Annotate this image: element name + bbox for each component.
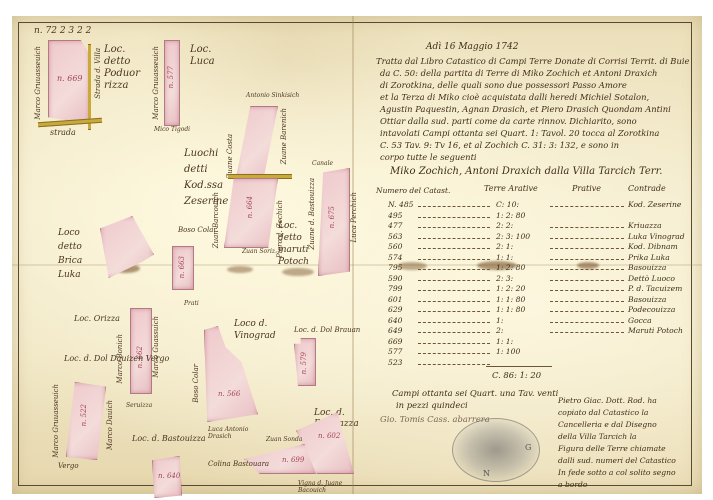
- leader-dash: [550, 227, 624, 228]
- locality-label: Vergo: [58, 462, 79, 470]
- leader-dash: [418, 238, 490, 239]
- leader-dash: [550, 206, 624, 207]
- cell-number: 477: [388, 221, 403, 230]
- parcel-number: n. 675: [328, 206, 336, 228]
- locality-label: Loc. Luca: [190, 44, 224, 68]
- text-line: et la Terza di Miko cioè acquistata dall…: [380, 92, 649, 102]
- leader-dash: [418, 332, 490, 333]
- leader-dash: [550, 259, 624, 260]
- footer-right-line: Figura delle Terre chiamate: [558, 444, 666, 453]
- cell-arative: 1: 1:: [496, 337, 513, 346]
- locality-label: Loc. detto maruti Potoch: [278, 220, 318, 268]
- footer-right-line: dalli sud. numeri del Catastico: [558, 456, 676, 465]
- leader-dash: [550, 311, 624, 312]
- owner-label: Zuane Barenich: [280, 108, 288, 164]
- leader-dash: [550, 301, 624, 302]
- footer-right-line: copiato dal Catastico la: [558, 408, 648, 417]
- cell-number: 799: [388, 284, 403, 293]
- leader-dash: [418, 217, 490, 218]
- cell-arative: 2: 3:: [496, 274, 513, 283]
- column-header-contrade: Contrade: [628, 184, 666, 193]
- locality-label: Loc. Orizza: [74, 314, 120, 323]
- locality-label: Loc. d. Dol Dauizen Vergo: [64, 354, 169, 363]
- cell-arative: 1: 2: 80: [496, 263, 525, 272]
- parcel-number: n. 663: [178, 256, 186, 278]
- cell-arative: 1: 1:: [496, 253, 513, 262]
- cell-contrada: Dettò Luoco: [628, 274, 675, 283]
- meadow-label: Prati: [184, 300, 199, 307]
- parcel-number: n. 602: [318, 432, 340, 440]
- stain: [282, 268, 314, 276]
- leader-dash: [550, 280, 624, 281]
- parcel-number: n. 579: [300, 352, 308, 374]
- leader-dash: [418, 322, 490, 323]
- cell-number: 574: [388, 253, 403, 262]
- owner-label: Marco Gruuasseuich: [152, 46, 160, 120]
- leader-dash: [418, 248, 490, 249]
- text-line: Ottiar dalla sud. parti come da carte ri…: [380, 116, 637, 126]
- leader-dash: [418, 364, 490, 365]
- owner-label: Antonio Sinkisich: [246, 92, 299, 99]
- cell-arative: 1: 2: 20: [496, 284, 525, 293]
- cell-contrada: Maruti Potoch: [628, 326, 683, 335]
- footer-left-line: in pezzi quindeci: [396, 400, 468, 410]
- leader-dash: [550, 248, 624, 249]
- wax-seal-stamp: G N: [452, 418, 540, 482]
- total-rule: [486, 366, 552, 367]
- leader-dash: [550, 332, 624, 333]
- road-label: strada: [50, 128, 76, 137]
- owners-heading: Miko Zochich, Antoni Draxich dalla Villa…: [390, 166, 662, 177]
- locality-label: Loco detto Brica Luka: [58, 226, 98, 282]
- text-line: intavolati Campi ottanta sei Quart. 1: T…: [380, 128, 659, 138]
- leader-dash: [418, 259, 490, 260]
- owner-label: Boso Colar: [178, 226, 217, 234]
- cell-number: 523: [388, 358, 403, 367]
- cell-arative: 2:: [496, 326, 503, 335]
- cell-contrada: P. d. Tacuizem: [628, 284, 682, 293]
- cell-arative: 2: 1:: [496, 242, 513, 251]
- leader-dash: [418, 290, 490, 291]
- locality-label: Luochi detti Kod.ssa Zeserine: [184, 146, 230, 210]
- text-line: Agustin Paquestin, Agnan Drasich, et Pie…: [380, 104, 671, 114]
- cell-arative: 1: 2: 80: [496, 211, 525, 220]
- column-header-number: Numero del Catast.: [376, 186, 450, 195]
- column-header-arative: Terre Arative: [484, 184, 538, 193]
- leader-dash: [550, 238, 624, 239]
- cell-arative: 1: 1: 80: [496, 305, 525, 314]
- owner-label: Boso Colar: [192, 364, 200, 403]
- owner-label: Marco Dauich: [106, 400, 114, 450]
- cell-number: 590: [388, 274, 403, 283]
- cell-arative: 1: 1: 80: [496, 295, 525, 304]
- locality-label: Colina Bastouara: [208, 460, 269, 468]
- owner-label: Marco Guassuich: [152, 316, 160, 378]
- cell-number: 649: [388, 326, 403, 335]
- cell-number: 560: [388, 242, 403, 251]
- leader-dash: [418, 280, 490, 281]
- owner-label: Mico Tigodi: [154, 126, 190, 133]
- leader-dash: [418, 343, 490, 344]
- text-line: C. 53 Tav. 9: Tv 16, et al Zochich C. 31…: [380, 140, 619, 150]
- cell-number: 563: [388, 232, 403, 241]
- manuscript-sheet: n. 72 2 3 2 2 n. 669 Marco Gruuasseuich …: [12, 16, 702, 494]
- leader-dash: [550, 322, 624, 323]
- cell-number: N. 485: [388, 200, 413, 209]
- parcel-number: n. 699: [282, 456, 304, 464]
- cell-contrada: Kod. Zeserine: [628, 200, 681, 209]
- parcel-number: n. 522: [80, 404, 88, 426]
- locality-label: Loc. d. Bastouizza: [132, 434, 206, 443]
- cell-contrada: Gocca: [628, 316, 652, 325]
- table-total: C. 86: 1: 20: [492, 370, 541, 380]
- text-line: da C. 50: della partita di Terre di Miko…: [380, 68, 657, 78]
- footer-right-line: Cancelleria e dal Disegno: [558, 420, 657, 429]
- owner-label: Seruizza: [126, 402, 152, 409]
- leader-dash: [550, 290, 624, 291]
- cell-arative: 1: 100: [496, 347, 520, 356]
- cell-number: 495: [388, 211, 403, 220]
- leader-dash: [418, 227, 490, 228]
- cell-contrada: Luka Vinograd: [628, 232, 685, 241]
- leader-dash: [550, 269, 624, 270]
- leader-dash: [418, 311, 490, 312]
- text-line: Tratta dal Libro Catastico di Campi Terr…: [376, 56, 690, 66]
- column-header-prative: Prative: [572, 184, 601, 193]
- parcel-number: n. 669: [57, 74, 83, 83]
- seal-letter: G: [525, 443, 531, 452]
- cell-contrada: Kod. Dibnam: [628, 242, 678, 251]
- locality-label: Loco d. Vinograd: [234, 318, 278, 342]
- cell-arative: C: 10:: [496, 200, 519, 209]
- parcel-number: n. 640: [158, 472, 180, 480]
- canal-label: Canale: [312, 160, 333, 167]
- owner-label: Zuan Soriz.: [242, 248, 277, 255]
- footer-right-line: Pietro Giac. Dott. Rod. ha: [558, 396, 657, 405]
- footer-right-line: a bordo: [558, 480, 587, 489]
- map-top-numbers: n. 72 2 3 2 2: [34, 26, 91, 36]
- document-date: Adì 16 Maggio 1742: [426, 42, 518, 52]
- locality-label: Loc. d. Dol Brauan: [294, 326, 360, 334]
- owner-label: Zuan Barcouich: [212, 192, 220, 248]
- cell-contrada: Prika Luka: [628, 253, 670, 262]
- owner-label: Vigna d. Juane Bacouich: [298, 480, 348, 494]
- parcel-number: n. 566: [218, 390, 240, 398]
- locality-label: Loc. detto Poduor rizza: [104, 44, 144, 92]
- stain: [227, 266, 253, 273]
- cell-number: 629: [388, 305, 403, 314]
- footer-right-line: In fede sotto a col solito segno: [558, 468, 676, 477]
- road: [88, 44, 91, 130]
- text-line: corpo tutte le seguenti: [380, 152, 477, 162]
- cell-number: 640: [388, 316, 403, 325]
- table-row: 523: [366, 358, 691, 370]
- owner-label: Luca Antonio Drasich: [208, 426, 258, 440]
- owner-label: Marco Gruuasseuich: [52, 384, 60, 458]
- parcel-number: n. 664: [246, 196, 254, 218]
- leader-dash: [418, 269, 490, 270]
- cell-number: 669: [388, 337, 403, 346]
- text-line: di Zorotkina, delle quali sono due posse…: [380, 80, 627, 90]
- leader-dash: [418, 206, 490, 207]
- cell-number: 577: [388, 347, 403, 356]
- cell-contrada: Basouizza: [628, 263, 666, 272]
- cell-number: 601: [388, 295, 403, 304]
- leader-dash: [418, 353, 490, 354]
- footer-right-line: della Villa Tarcich la: [558, 432, 637, 441]
- cell-contrada: Kriuazza: [628, 221, 662, 230]
- seal-letter: N: [483, 469, 490, 478]
- cell-arative: 2: 2:: [496, 221, 513, 230]
- owner-label: Luca Perchich: [350, 192, 358, 242]
- owner-label: Marco Gruuasseuich: [34, 46, 42, 120]
- cell-contrada: Podecouizza: [628, 305, 675, 314]
- footer-left-line: Campi ottanta sei Quart. una Tav. venti: [392, 388, 558, 398]
- owner-label: Zuan Sonda: [266, 436, 302, 443]
- parcel-number: n. 577: [167, 66, 175, 88]
- road-label: Strada d. Villa: [94, 48, 102, 99]
- cell-contrada: Basouizza: [628, 295, 666, 304]
- cell-arative: 2: 3: 100: [496, 232, 530, 241]
- owner-label: Zuane Costa: [226, 134, 234, 179]
- cell-arative: 1:: [496, 316, 503, 325]
- cell-number: 795: [388, 263, 403, 272]
- leader-dash: [418, 301, 490, 302]
